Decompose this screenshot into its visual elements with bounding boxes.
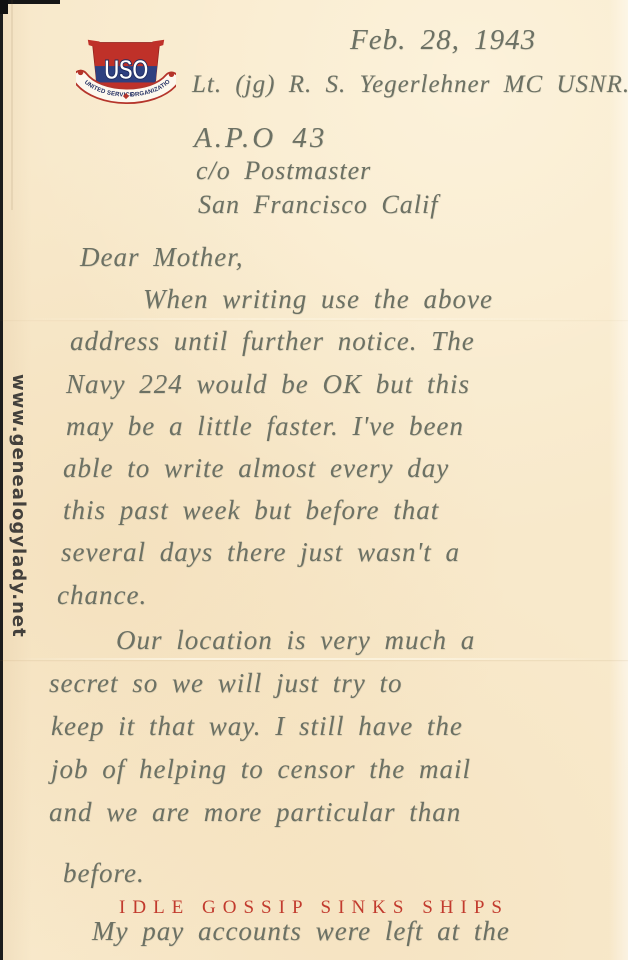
letter-line: Navy 224 would be OK but this [66, 371, 470, 398]
letter-line: job of helping to censor the mail [51, 756, 471, 783]
letter-scan: USO UNITED SERVICE ORGANIZATIONS www.gen… [0, 0, 628, 960]
letter-line: several days there just wasn't a [61, 539, 460, 566]
paper-fold-vertical [11, 0, 13, 210]
address-line-2: A.P.O 43 [194, 124, 327, 153]
letter-line: chance. [57, 582, 147, 609]
logo-shield-flare-left [88, 40, 100, 48]
letter-line: able to write almost every day [63, 455, 449, 482]
letter-line: and we are more particular than [49, 799, 461, 826]
address-line-3: c/o Postmaster [196, 158, 371, 184]
banner-curl-right [169, 72, 174, 77]
paper-crease-lower [0, 658, 628, 660]
letter-line: When writing use the above [143, 286, 493, 313]
letter-line: My pay accounts were left at the [92, 918, 510, 945]
paper-crease-upper [0, 318, 628, 320]
letter-line: Our location is very much a [116, 627, 475, 654]
letter-line: address until further notice. The [70, 328, 475, 355]
letter-line: may be a little faster. I've been [66, 413, 464, 440]
address-line-1: Lt. (jg) R. S. Yegerlehner MC USNR. [192, 72, 628, 97]
slogan-text: IDLE GOSSIP SINKS SHIPS [0, 897, 628, 919]
watermark-text: www.genealogylady.net [8, 374, 29, 664]
letter-line: secret so we will just try to [49, 670, 402, 697]
scan-edge-top [0, 0, 60, 4]
letter-line: this past week but before that [63, 497, 439, 524]
scan-edge-left [0, 0, 3, 960]
date-line: Feb. 28, 1943 [350, 26, 536, 55]
logo-uso-text: USO [104, 53, 148, 85]
uso-logo: USO UNITED SERVICE ORGANIZATIONS [76, 36, 176, 118]
letter-line: before. [63, 860, 145, 887]
address-line-4: San Francisco Calif [198, 192, 438, 218]
banner-curl-left [78, 70, 83, 75]
scan-corner-mark [0, 0, 8, 14]
salutation: Dear Mother, [80, 244, 243, 271]
letter-line: keep it that way. I still have the [51, 713, 463, 740]
